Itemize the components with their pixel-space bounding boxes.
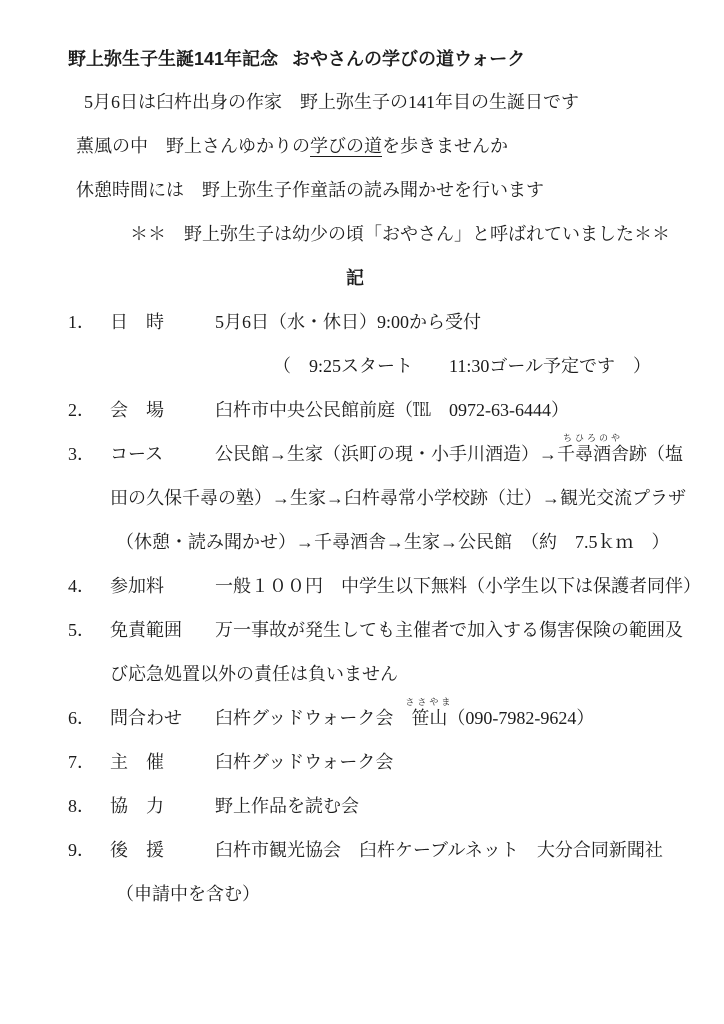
item-course-line1-post: 跡（塩 xyxy=(629,444,683,464)
item-venue: 2． 会 場 臼杵市中央公民館前庭（℡ 0972-63-6444） xyxy=(68,388,704,432)
item-course-line2-text: 田の久保千尋の塾）→生家→臼杵尋常小学校跡（辻）→観光交流プラザ xyxy=(110,476,686,520)
item-cooperation: 8． 協 力 野上作品を読む会 xyxy=(68,784,704,828)
intro-line-birthday-text: 5月6日は臼杵出身の作家 野上弥生子の141年目の生誕日です xyxy=(84,80,579,124)
title-main: おやさんの学びの道ウォーク xyxy=(292,38,525,80)
intro-line-storytelling-text: 休憩時間には 野上弥生子作童話の読み聞かせを行います xyxy=(76,168,544,212)
page-title: 野上弥生子生誕141年記念 おやさんの学びの道ウォーク xyxy=(68,38,704,80)
item-course-label: コース xyxy=(110,432,215,476)
item-contact-org: 臼杵グッドウォーク会 xyxy=(215,708,411,728)
item-fee-label: 参加料 xyxy=(110,564,215,608)
item-datetime-number: 1． xyxy=(68,300,110,344)
item-course-line1: 公民館→生家（浜町の現・小手川酒造）→千尋酒舎ちひろのや跡（塩 xyxy=(215,432,683,476)
item-datetime-label: 日 時 xyxy=(110,300,215,344)
item-organizer-number: 7． xyxy=(68,740,110,784)
ruby-chihironoya: 千尋酒舎ちひろのや xyxy=(557,444,629,466)
item-support-label: 後 援 xyxy=(110,828,215,872)
item-course-line2: 田の久保千尋の塾）→生家→臼杵尋常小学校跡（辻）→観光交流プラザ xyxy=(68,476,704,520)
intro-line-nickname-text: ＊＊ 野上弥生子は幼少の頃「おやさん」と呼ばれていました＊＊ xyxy=(130,212,670,256)
ruby-chihironoya-base: 千尋酒舎 xyxy=(557,444,629,464)
item-venue-label: 会 場 xyxy=(110,388,215,432)
item-course-line3-text: （休憩・読み聞かせ）→千尋酒舎→生家→公民館 （約 7.5ｋｍ ） xyxy=(116,520,670,564)
item-contact-phone: （090-7982-9624） xyxy=(447,708,594,728)
item-contact-label: 問合わせ xyxy=(110,696,215,740)
title-prefix: 野上弥生子生誕141年記念 xyxy=(68,38,278,80)
item-venue-value: 臼杵市中央公民館前庭（℡ 0972-63-6444） xyxy=(215,388,569,432)
item-disclaimer-line2-text: び応急処置以外の責任は負いません xyxy=(110,652,398,696)
item-course-line3: （休憩・読み聞かせ）→千尋酒舎→生家→公民館 （約 7.5ｋｍ ） xyxy=(68,520,704,564)
item-organizer-label: 主 催 xyxy=(110,740,215,784)
item-fee-number: 4． xyxy=(68,564,110,608)
item-datetime-schedule-text: （ 9:25スタート 11:30ゴール予定です ） xyxy=(273,344,651,388)
intro-line-walk-underlined: 学びの道 xyxy=(310,124,382,168)
ruby-sasayama: 笹山ささやま xyxy=(411,708,447,730)
item-cooperation-number: 8． xyxy=(68,784,110,828)
item-disclaimer-number: 5． xyxy=(68,608,110,652)
item-course-number: 3． xyxy=(68,432,110,476)
item-cooperation-label: 協 力 xyxy=(110,784,215,828)
intro-line-walk-pre: 薫風の中 野上さんゆかりの xyxy=(76,124,310,168)
item-course: 3． コース 公民館→生家（浜町の現・小手川酒造）→千尋酒舎ちひろのや跡（塩 xyxy=(68,432,704,476)
item-support-value: 臼杵市観光協会 臼杵ケーブルネット 大分合同新聞社 xyxy=(215,828,663,872)
intro-line-nickname: ＊＊ 野上弥生子は幼少の頃「おやさん」と呼ばれていました＊＊ xyxy=(68,212,704,256)
flyer-page: 野上弥生子生誕141年記念 おやさんの学びの道ウォーク 5月6日は臼杵出身の作家… xyxy=(0,0,724,1024)
item-contact-value: 臼杵グッドウォーク会 笹山ささやま（090-7982-9624） xyxy=(215,696,594,740)
item-datetime: 1． 日 時 5月6日（水・休日）9:00から受付 xyxy=(68,300,704,344)
intro-line-storytelling: 休憩時間には 野上弥生子作童話の読み聞かせを行います xyxy=(68,168,704,212)
item-support: 9． 後 援 臼杵市観光協会 臼杵ケーブルネット 大分合同新聞社 xyxy=(68,828,704,872)
item-disclaimer-label: 免責範囲 xyxy=(110,608,215,652)
item-disclaimer: 5． 免責範囲 万一事故が発生しても主催者で加入する傷害保険の範囲及 xyxy=(68,608,704,652)
intro-line-walk: 薫風の中 野上さんゆかりの学びの道を歩きませんか xyxy=(68,124,704,168)
item-venue-number: 2． xyxy=(68,388,110,432)
item-datetime-schedule: （ 9:25スタート 11:30ゴール予定です ） xyxy=(68,344,704,388)
ruby-sasayama-reading: ささやま xyxy=(405,698,453,707)
intro-line-walk-post: を歩きませんか xyxy=(382,124,508,168)
item-organizer-value: 臼杵グッドウォーク会 xyxy=(215,740,393,784)
item-cooperation-value: 野上作品を読む会 xyxy=(215,784,359,828)
item-support-number: 9． xyxy=(68,828,110,872)
item-fee-value: 一般１００円 中学生以下無料（小学生以下は保護者同伴） xyxy=(215,564,701,608)
item-organizer: 7． 主 催 臼杵グッドウォーク会 xyxy=(68,740,704,784)
item-disclaimer-line2: び応急処置以外の責任は負いません xyxy=(68,652,704,696)
ruby-chihironoya-reading: ちひろのや xyxy=(563,434,623,443)
item-support-line2-text: （申請中を含む） xyxy=(116,872,260,916)
item-contact-number: 6． xyxy=(68,696,110,740)
record-heading: 記 xyxy=(68,256,704,300)
item-course-line1-pre: 公民館→生家（浜町の現・小手川酒造）→ xyxy=(215,444,557,464)
item-support-line2: （申請中を含む） xyxy=(68,872,704,916)
ruby-sasayama-base: 笹山 xyxy=(411,708,447,728)
intro-line-birthday: 5月6日は臼杵出身の作家 野上弥生子の141年目の生誕日です xyxy=(68,80,704,124)
item-disclaimer-value: 万一事故が発生しても主催者で加入する傷害保険の範囲及 xyxy=(215,608,683,652)
item-contact: 6． 問合わせ 臼杵グッドウォーク会 笹山ささやま（090-7982-9624） xyxy=(68,696,704,740)
item-datetime-value: 5月6日（水・休日）9:00から受付 xyxy=(215,300,481,344)
item-fee: 4． 参加料 一般１００円 中学生以下無料（小学生以下は保護者同伴） xyxy=(68,564,704,608)
